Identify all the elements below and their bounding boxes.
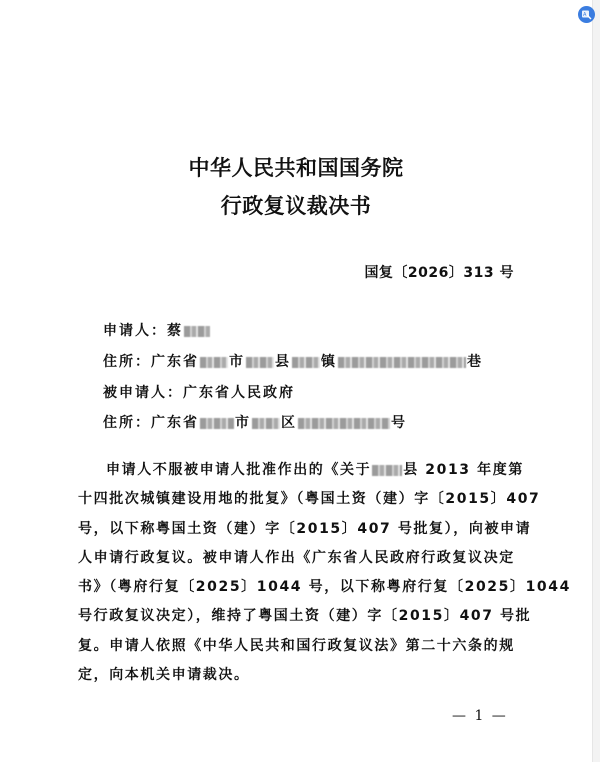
redacted-text xyxy=(292,357,320,368)
respondent-address-line: 住所：广东省市区号 xyxy=(103,412,407,432)
redacted-text xyxy=(298,418,390,429)
redacted-text xyxy=(338,357,466,368)
address-label: 住所： xyxy=(103,354,151,370)
body-line: 定，向本机关申请裁决。 xyxy=(78,661,514,690)
address-county: 县 xyxy=(275,354,291,370)
ai-translate-icon: A xyxy=(581,9,592,20)
body-line: 号行政复议决定），维持了粤国土资（建）字〔2015〕407 号批 xyxy=(78,602,514,631)
address-town: 镇 xyxy=(321,354,337,370)
body-text: 申请人不服被申请人批准作出的《关于 xyxy=(106,462,371,478)
issuer-heading: 中华人民共和国国务院 xyxy=(0,152,592,182)
body-line: 号，以下称粤国土资（建）字〔2015〕407 号批复），向被申请 xyxy=(78,515,514,544)
respondent-name: 广东省人民政府 xyxy=(183,385,295,401)
respondent-label: 被申请人： xyxy=(103,385,183,401)
redacted-text xyxy=(252,418,280,429)
address-city: 市 xyxy=(235,415,251,431)
applicant-label: 申请人： xyxy=(103,323,167,339)
applicant-line: 申请人：蔡 xyxy=(103,320,211,340)
document-title: 行政复议裁决书 xyxy=(0,190,592,220)
svg-text:A: A xyxy=(583,12,587,18)
address-number: 号 xyxy=(391,415,407,431)
body-line: 申请人不服被申请人批准作出的《关于县 2013 年度第 xyxy=(78,456,514,485)
redacted-text xyxy=(246,357,274,368)
respondent-line: 被申请人：广东省人民政府 xyxy=(103,382,295,402)
address-province: 广东省 xyxy=(151,415,199,431)
document-page: A 中华人民共和国国务院 行政复议裁决书 国复〔2026〕313 号 申请人：蔡… xyxy=(0,0,593,762)
body-line: 复。申请人依照《中华人民共和国行政复议法》第二十六条的规 xyxy=(78,632,514,661)
address-city: 市 xyxy=(229,354,245,370)
body-line: 人申请行政复议。被申请人作出《广东省人民政府行政复议决定 xyxy=(78,544,514,573)
redacted-text xyxy=(200,357,228,368)
body-line: 书》（粤府行复〔2025〕1044 号，以下称粤府行复〔2025〕1044 xyxy=(78,573,514,602)
redacted-text xyxy=(184,326,210,337)
body-paragraph: 申请人不服被申请人批准作出的《关于县 2013 年度第 十四批次城镇建设用地的批… xyxy=(78,456,514,690)
address-province: 广东省 xyxy=(151,354,199,370)
address-district: 区 xyxy=(281,415,297,431)
applicant-address-line: 住所：广东省市县镇巷 xyxy=(103,351,483,371)
applicant-name: 蔡 xyxy=(167,323,183,339)
redacted-text xyxy=(372,465,402,476)
body-line: 十四批次城镇建设用地的批复》（粤国土资（建）字〔2015〕407 xyxy=(78,485,514,514)
redacted-text xyxy=(200,418,234,429)
body-text: 县 2013 年度第 xyxy=(403,462,524,478)
ai-assistant-badge[interactable]: A xyxy=(578,6,595,23)
address-lane: 巷 xyxy=(467,354,483,370)
document-number: 国复〔2026〕313 号 xyxy=(364,262,514,282)
address-label: 住所： xyxy=(103,415,151,431)
page-number: — 1 — xyxy=(452,708,508,724)
